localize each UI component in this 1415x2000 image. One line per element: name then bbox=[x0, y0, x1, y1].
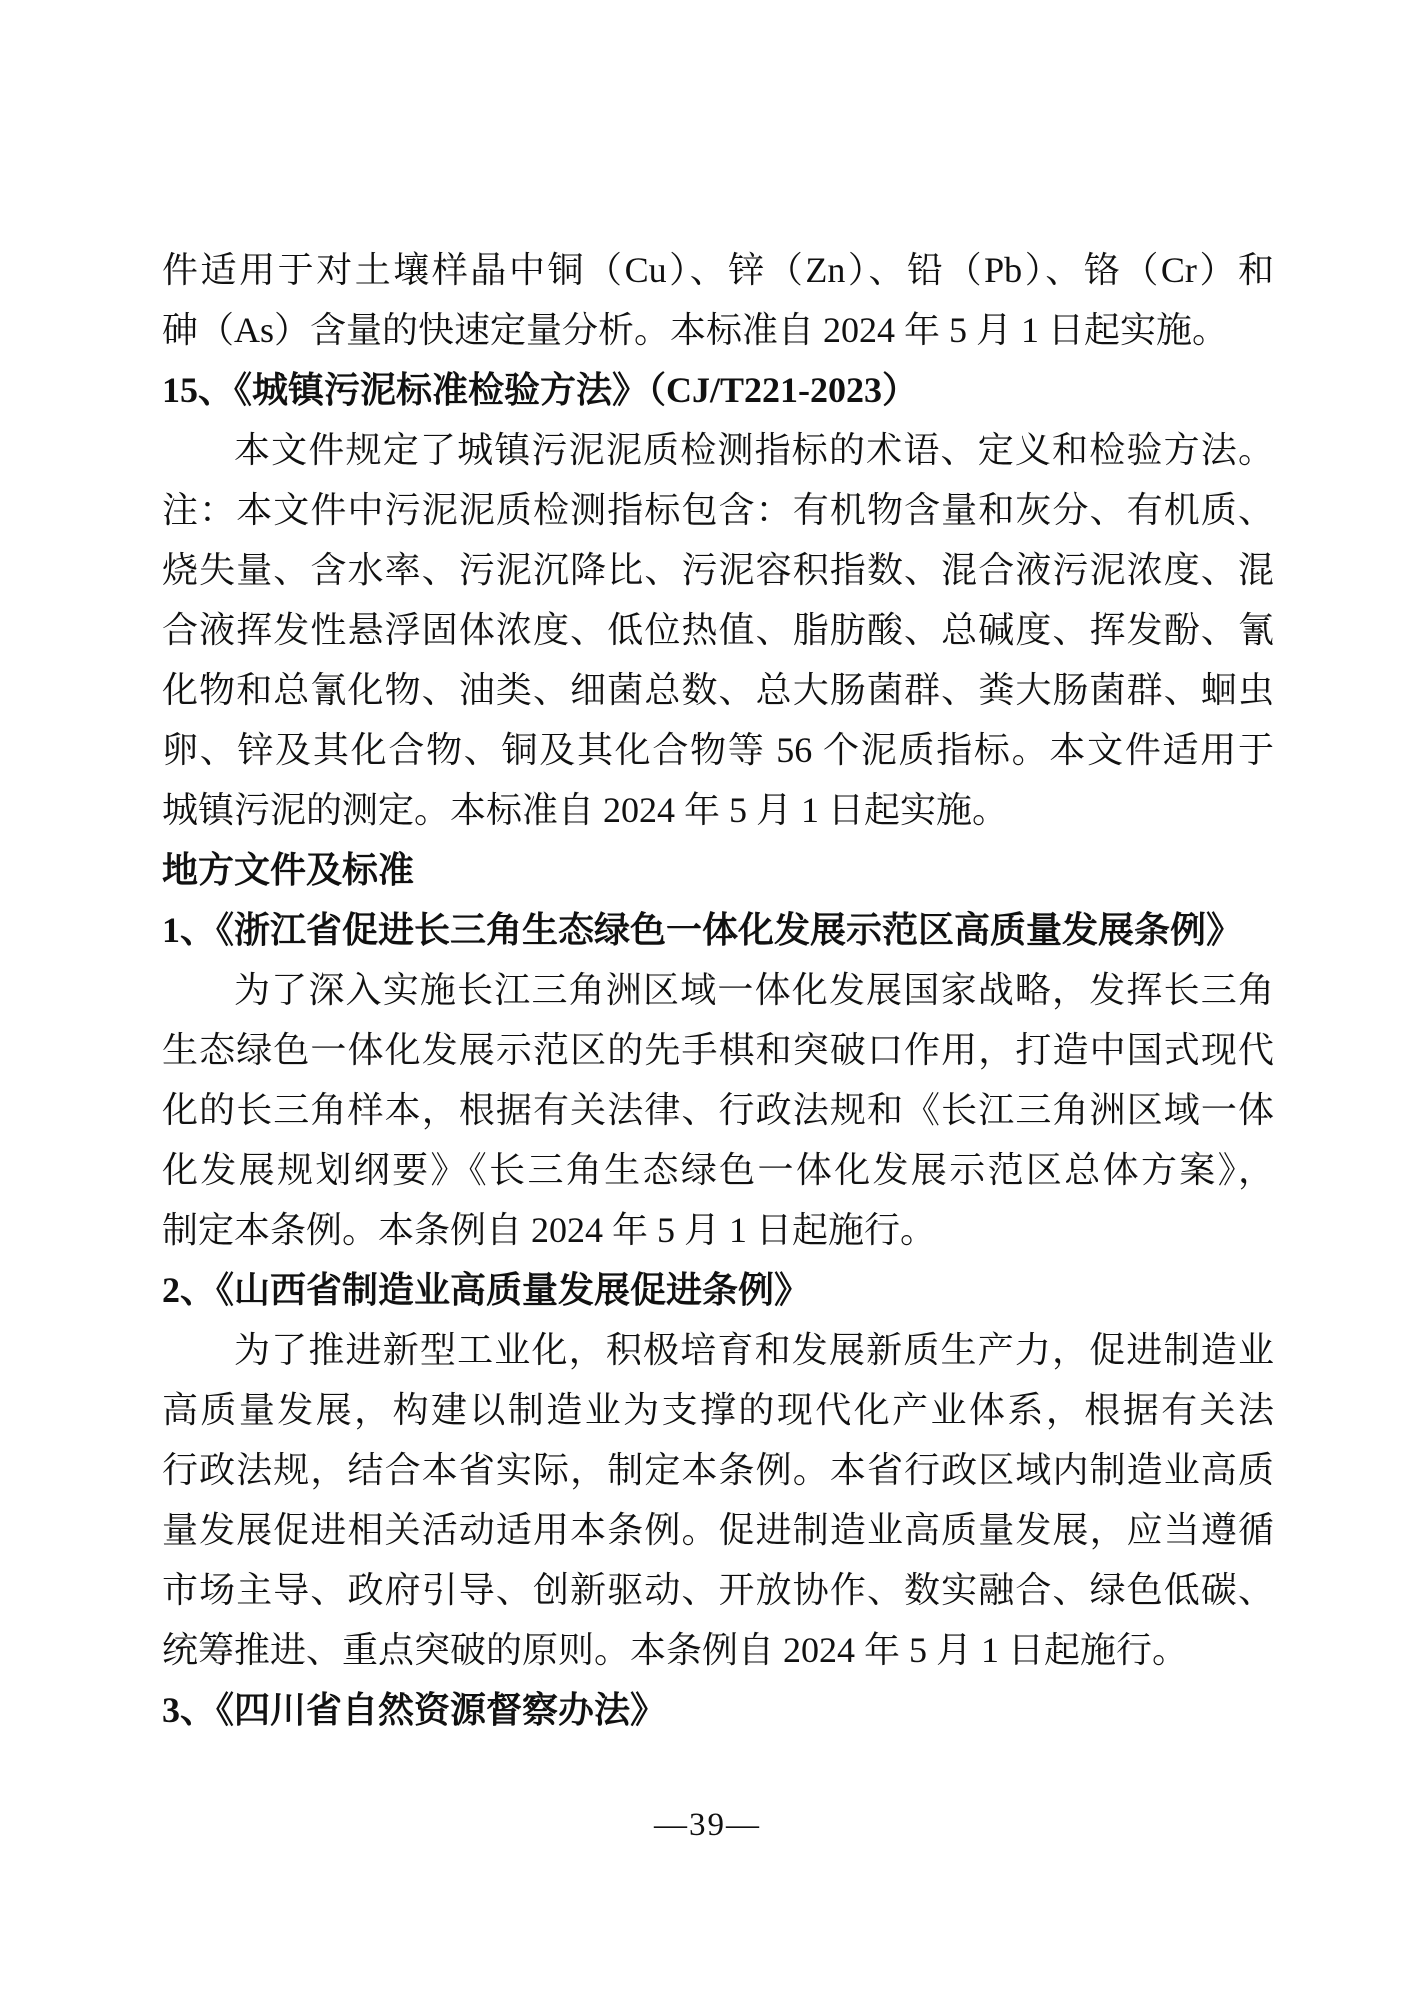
text-line: 行政法规，结合本省实际，制定本条例。本省行政区域内制造业高质 bbox=[162, 1440, 1274, 1500]
text-line: 2、《山西省制造业高质量发展促进条例》 bbox=[162, 1260, 1274, 1320]
text-line: 3、《四川省自然资源督察办法》 bbox=[162, 1680, 1274, 1740]
text-line: 高质量发展，构建以制造业为支撑的现代化产业体系，根据有关法律、 bbox=[162, 1380, 1274, 1440]
text-line: 统筹推进、重点突破的原则。本条例自 2024 年 5 月 1 日起施行。 bbox=[162, 1620, 1274, 1680]
text-line: 为了推进新型工业化，积极培育和发展新质生产力，促进制造业 bbox=[162, 1320, 1274, 1380]
text-line: 地方文件及标准 bbox=[162, 840, 1274, 900]
text-line: 1、《浙江省促进长三角生态绿色一体化发展示范区高质量发展条例》 bbox=[162, 900, 1274, 960]
page-number: —39— bbox=[0, 1795, 1415, 1855]
text-line: 本文件规定了城镇污泥泥质检测指标的术语、定义和检验方法。 bbox=[162, 420, 1274, 480]
text-line: 15、《城镇污泥标准检验方法》（CJ/T221-2023） bbox=[162, 360, 1274, 420]
text-line: 制定本条例。本条例自 2024 年 5 月 1 日起施行。 bbox=[162, 1200, 1274, 1260]
text-line: 卵、锌及其化合物、铜及其化合物等 56 个泥质指标。本文件适用于 bbox=[162, 720, 1274, 780]
text-line: 化物和总氰化物、油类、细菌总数、总大肠菌群、粪大肠菌群、蛔虫 bbox=[162, 660, 1274, 720]
text-line: 化发展规划纲要》《长三角生态绿色一体化发展示范区总体方案》， bbox=[162, 1140, 1274, 1200]
text-line: 件适用于对土壤样晶中铜（Cu）、锌（Zn）、铅（Pb）、铬（Cr）和 bbox=[162, 240, 1274, 300]
text-line: 化的长三角样本，根据有关法律、行政法规和《长江三角洲区域一体 bbox=[162, 1080, 1274, 1140]
document-page: 件适用于对土壤样晶中铜（Cu）、锌（Zn）、铅（Pb）、铬（Cr）和砷（As）含… bbox=[0, 0, 1415, 2000]
text-line: 烧失量、含水率、污泥沉降比、污泥容积指数、混合液污泥浓度、混 bbox=[162, 540, 1274, 600]
text-block: 件适用于对土壤样晶中铜（Cu）、锌（Zn）、铅（Pb）、铬（Cr）和砷（As）含… bbox=[162, 240, 1274, 1740]
text-line: 市场主导、政府引导、创新驱动、开放协作、数实融合、绿色低碳、 bbox=[162, 1560, 1274, 1620]
text-line: 注：本文件中污泥泥质检测指标包含：有机物含量和灰分、有机质、 bbox=[162, 480, 1274, 540]
text-line: 为了深入实施长江三角洲区域一体化发展国家战略，发挥长三角 bbox=[162, 960, 1274, 1020]
text-line: 生态绿色一体化发展示范区的先手棋和突破口作用，打造中国式现代 bbox=[162, 1020, 1274, 1080]
text-line: 砷（As）含量的快速定量分析。本标准自 2024 年 5 月 1 日起实施。 bbox=[162, 300, 1274, 360]
text-line: 城镇污泥的测定。本标准自 2024 年 5 月 1 日起实施。 bbox=[162, 780, 1274, 840]
text-line: 合液挥发性悬浮固体浓度、低位热值、脂肪酸、总碱度、挥发酚、氰 bbox=[162, 600, 1274, 660]
text-line: 量发展促进相关活动适用本条例。促进制造业高质量发展，应当遵循 bbox=[162, 1500, 1274, 1560]
